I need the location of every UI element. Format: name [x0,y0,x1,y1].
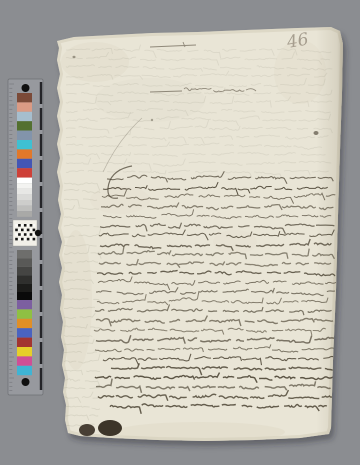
calibration-scale [8,79,43,395]
checker-square [27,229,30,232]
checker-square [33,238,36,241]
checker-square [27,224,30,227]
calibration-gray-step [17,206,32,212]
calibration-gray-step [17,178,32,184]
calibration-color-patch [17,356,32,365]
checker-square [30,224,33,227]
checker-square [21,233,24,236]
folio-number: 46 [284,29,310,53]
calibration-dot-bottom [22,378,30,386]
calibration-gray-step [17,194,32,200]
checker-square [24,238,27,241]
manuscript-scan: 46 [0,0,360,465]
checker-square [33,233,36,236]
checker-square [27,238,30,241]
calibration-color-patch [17,93,32,102]
checker-square [18,229,21,232]
ink-stain [98,420,122,436]
calibration-color-patch [17,338,32,347]
checker-square [18,238,21,241]
checker-square [24,224,27,227]
calibration-color-patch [17,112,32,121]
checker-square [27,233,30,236]
calibration-color-patch [17,347,32,356]
checker-square [15,233,18,236]
calibration-dot-mid [35,230,41,236]
checker-square [30,229,33,232]
calibration-dark-step [17,275,32,283]
calibration-color-patch [17,168,32,177]
checker-square [15,238,18,241]
checker-square [24,233,27,236]
calibration-dark-step [17,267,32,275]
manuscript-page: 46 [57,26,344,442]
ink-stain [314,131,319,135]
paper-blotch [61,42,129,82]
calibration-gray-step [17,183,32,189]
calibration-color-patch [17,149,32,158]
ink-stain [79,424,95,436]
calibration-gray-step [17,200,32,206]
checker-square [21,229,24,232]
ink-stain [151,119,153,121]
checker-square [18,233,21,236]
calibration-color-patch [17,102,32,111]
calibration-color-patch [17,309,32,318]
calibration-color-patch [17,328,32,337]
calibration-color-patch [17,121,32,130]
calibration-gray-step [17,211,32,217]
archive-photo: 46 [0,0,360,465]
checker-square [24,229,27,232]
calibration-gray-step [17,189,32,195]
checker-square [30,233,33,236]
checker-square [30,238,33,241]
checker-square [33,229,36,232]
calibration-color-patch [17,159,32,168]
calibration-color-patch [17,140,32,149]
calibration-color-patch [17,366,32,375]
calibration-dot-top [22,84,30,92]
calibration-color-patch [17,131,32,140]
calibration-dark-step [17,292,32,300]
calibration-label-block [13,220,37,246]
calibration-color-patch [17,300,32,309]
checker-square [21,224,24,227]
calibration-dark-step [17,250,32,258]
checker-square [33,224,36,227]
calibration-color-patch [17,319,32,328]
paper-blotch [95,78,205,122]
calibration-dark-step [17,258,32,266]
checker-square [15,229,18,232]
paper-blotch [60,230,92,370]
paper-blotch [115,422,285,442]
calibration-dark-step [17,284,32,292]
ink-stain [73,56,76,58]
checker-square [18,224,21,227]
checker-square [21,238,24,241]
checker-square [15,224,18,227]
